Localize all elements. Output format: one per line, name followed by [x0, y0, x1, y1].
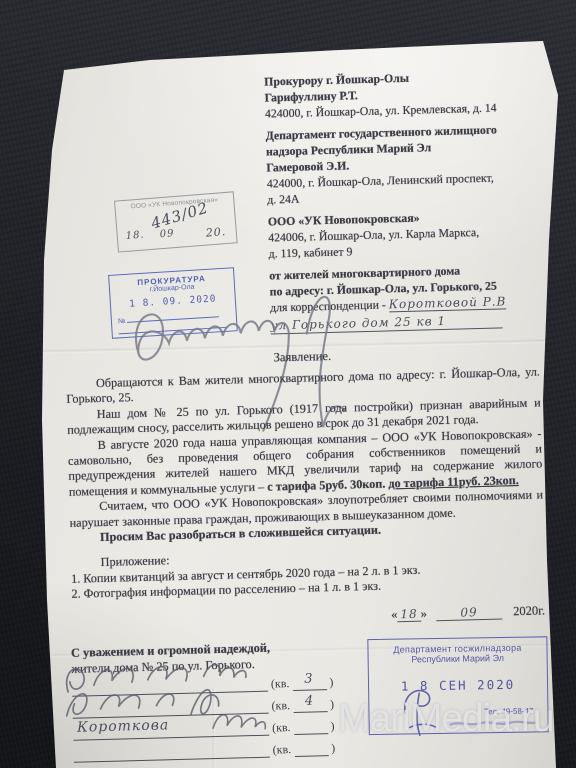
apartment-label: (кв. — [272, 742, 291, 756]
apartment-close: ) — [331, 741, 335, 755]
apartment-number-1: 3 — [304, 671, 314, 686]
company-receipt-stamp: ООО «УК Новопокровская» 18. 09 443/02 20… — [114, 191, 238, 252]
apartment-line — [294, 743, 328, 757]
apartment-line: 3 — [292, 677, 326, 691]
apartment-close: ) — [329, 675, 333, 689]
document-content: Прокурору г. Йошкар-Олы Гарифуллину Р.Т.… — [0, 0, 576, 768]
date-line: «18» 09 2020г. — [391, 603, 545, 622]
stamp-day-handwritten: 18. — [125, 229, 145, 241]
photo-scene: Прокурору г. Йошкар-Олы Гарифуллину Р.Т.… — [0, 0, 576, 768]
quote-close: » — [421, 606, 428, 620]
apartment-close: ) — [330, 719, 334, 733]
paragraph-3-bold-underlined: до тарифа 11руб. 23коп. — [388, 473, 519, 490]
date-month-handwritten: 09 — [436, 605, 502, 622]
apartment-number-2: 4 — [305, 693, 315, 708]
document-body: Обращаются к Вам жители многоквартирного… — [66, 364, 546, 602]
date-day-handwritten: 18 — [397, 607, 421, 623]
signature-line — [74, 745, 270, 763]
paper-sheet: Прокурору г. Йошкар-Олы Гарифуллину Р.Т.… — [0, 0, 576, 768]
stamp-year-handwritten: 20. — [205, 225, 226, 240]
paragraph-3-bold: с тарифа 5руб. 30коп. — [267, 476, 388, 493]
apartment-line: 4 — [293, 699, 327, 713]
watermark: MariMedia.ru — [338, 697, 554, 741]
correspondence-name-handwritten: Коротковой Р.В — [389, 294, 507, 312]
signature-scrawl-row-3 — [208, 702, 279, 734]
apartment-close: ) — [330, 697, 334, 711]
signature-row-4: (кв. ) — [74, 738, 434, 762]
apartment-line — [293, 721, 327, 735]
date-year: 2020г. — [513, 603, 545, 618]
